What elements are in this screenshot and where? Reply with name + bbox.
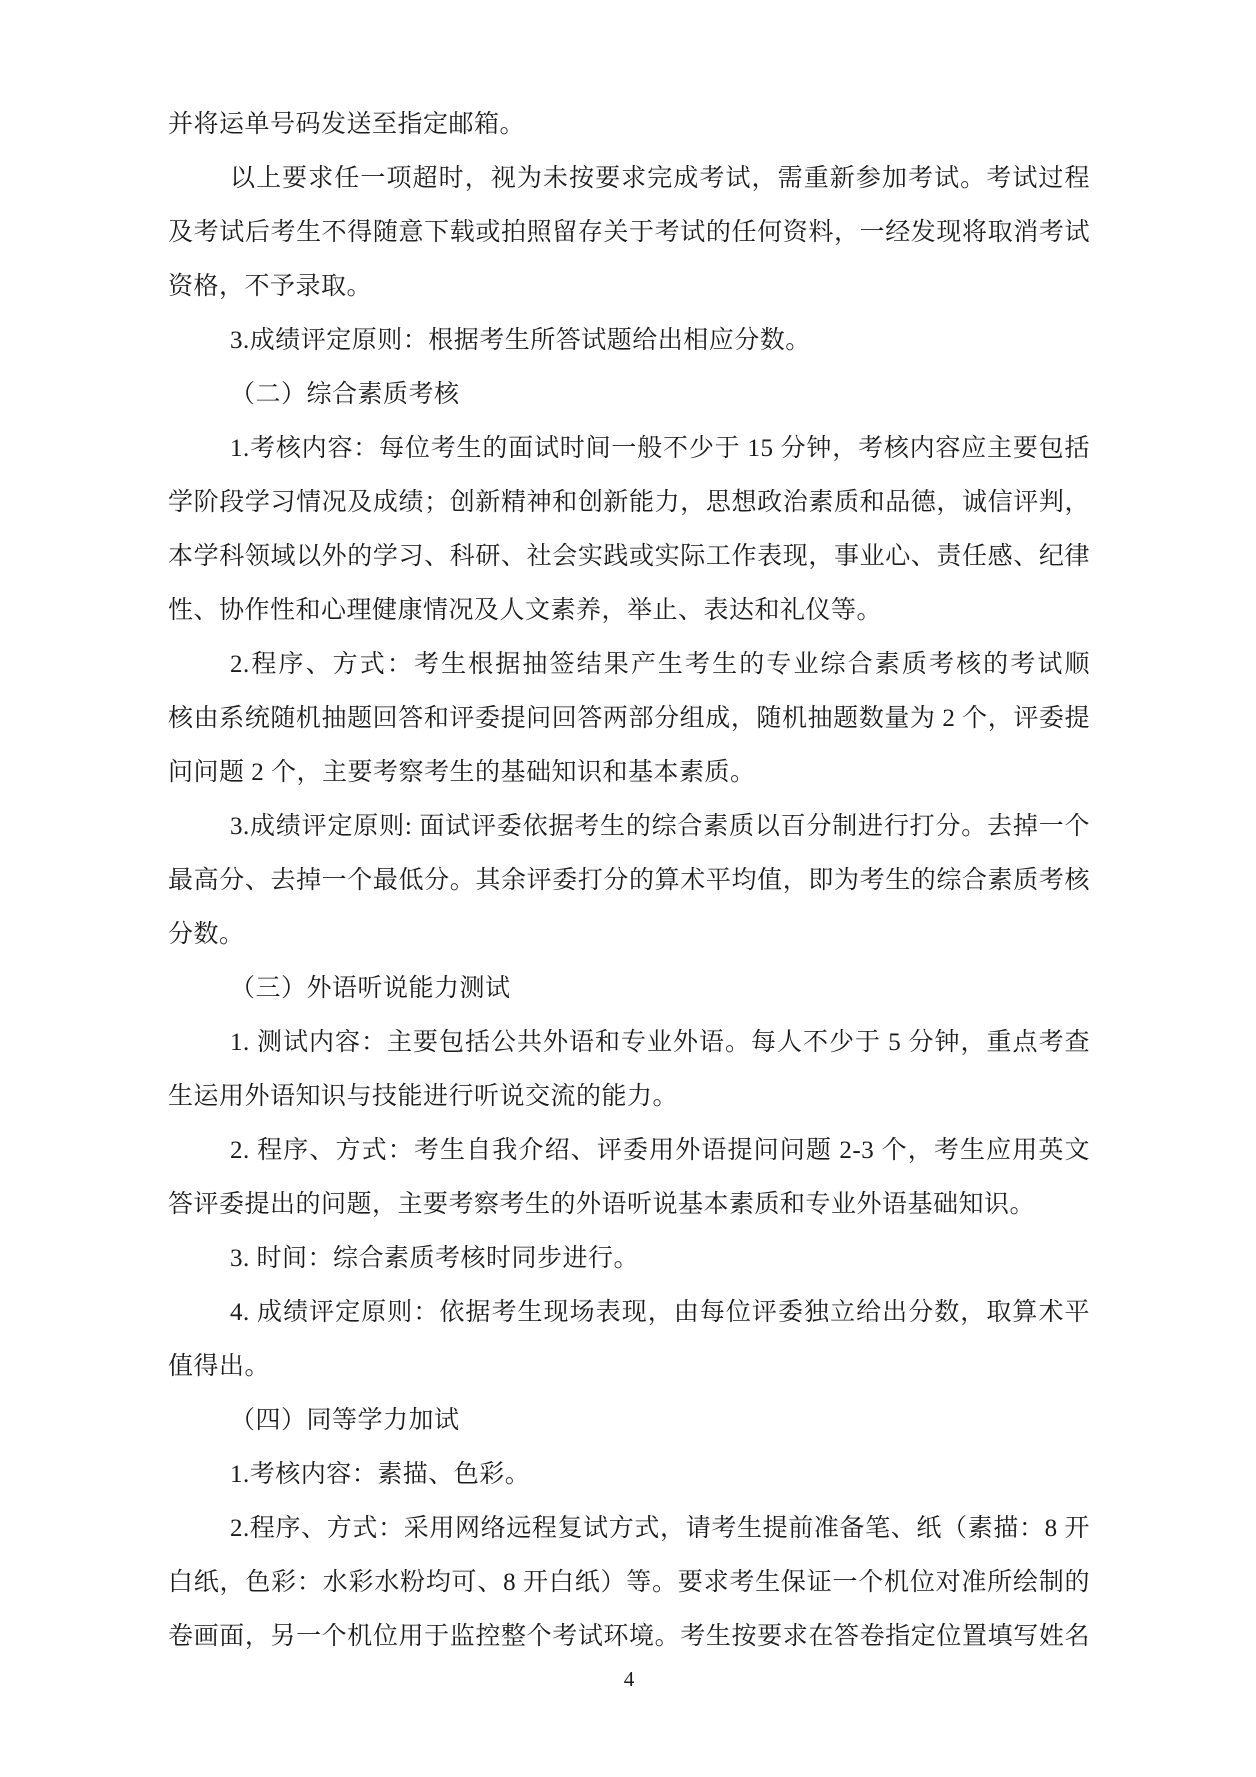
text-line: 3.成绩评定原则: 面试评委依据考生的综合素质以百分制进行打分。去掉一个 [168, 800, 1090, 854]
text-line: 性、协作性和心理健康情况及人文素养，举止、表达和礼仪等。 [168, 584, 1090, 638]
text-line: 1.考核内容：每位考生的面试时间一般不少于 15 分钟，考核内容应主要包括大 [168, 422, 1090, 476]
document-text: 并将运单号码发送至指定邮箱。以上要求任一项超时，视为未按要求完成考试，需重新参加… [168, 98, 1090, 1664]
text-line: 及考试后考生不得随意下载或拍照留存关于考试的任何资料，一经发现将取消考试 [168, 206, 1090, 260]
text-line: 3.成绩评定原则：根据考生所答试题给出相应分数。 [168, 314, 1090, 368]
document-page: 并将运单号码发送至指定邮箱。以上要求任一项超时，视为未按要求完成考试，需重新参加… [0, 0, 1256, 1777]
text-line: （四）同等学力加试 [168, 1394, 1090, 1448]
text-line: 核由系统随机抽题回答和评委提问回答两部分组成，随机抽题数量为 2 个，评委提 [168, 692, 1090, 746]
text-line: 2.程序、方式：采用网络远程复试方式，请考生提前准备笔、纸（素描：8 开 [168, 1502, 1090, 1556]
text-line: 白纸，色彩：水彩水粉均可、8 开白纸）等。要求考生保证一个机位对准所绘制的答 [168, 1556, 1090, 1610]
text-line: 最高分、去掉一个最低分。其余评委打分的算术平均值，即为考生的综合素质考核 [168, 854, 1090, 908]
text-line: （二）综合素质考核 [168, 368, 1090, 422]
text-line: 资格，不予录取。 [168, 260, 1090, 314]
text-line: （三）外语听说能力测试 [168, 962, 1090, 1016]
text-line: 并将运单号码发送至指定邮箱。 [168, 98, 1090, 152]
text-line: 1. 测试内容：主要包括公共外语和专业外语。每人不少于 5 分钟，重点考查考 [168, 1016, 1090, 1070]
page-number: 4 [168, 1666, 1090, 1692]
text-line: 生运用外语知识与技能进行听说交流的能力。 [168, 1070, 1090, 1124]
text-line: 学阶段学习情况及成绩；创新精神和创新能力，思想政治素质和品德，诚信评判， [168, 476, 1090, 530]
text-line: 1.考核内容：素描、色彩。 [168, 1448, 1090, 1502]
text-line: 答评委提出的问题，主要考察考生的外语听说基本素质和专业外语基础知识。 [168, 1178, 1090, 1232]
text-line: 值得出。 [168, 1340, 1090, 1394]
text-line: 卷画面，另一个机位用于监控整个考试环境。考生按要求在答卷指定位置填写姓名 [168, 1610, 1090, 1664]
text-line: 4. 成绩评定原则：依据考生现场表现，由每位评委独立给出分数，取算术平均 [168, 1286, 1090, 1340]
text-line: 本学科领域以外的学习、科研、社会实践或实际工作表现，事业心、责任感、纪律 [168, 530, 1090, 584]
text-line: 以上要求任一项超时，视为未按要求完成考试，需重新参加考试。考试过程中 [168, 152, 1090, 206]
text-line: 2.程序、方式：考生根据抽签结果产生考生的专业综合素质考核的考试顺序。考 [168, 638, 1090, 692]
text-line: 2. 程序、方式：考生自我介绍、评委用外语提问问题 2-3 个，考生应用英文回 [168, 1124, 1090, 1178]
text-line: 问问题 2 个，主要考察考生的基础知识和基本素质。 [168, 746, 1090, 800]
text-line: 3. 时间：综合素质考核时同步进行。 [168, 1232, 1090, 1286]
text-line: 分数。 [168, 908, 1090, 962]
